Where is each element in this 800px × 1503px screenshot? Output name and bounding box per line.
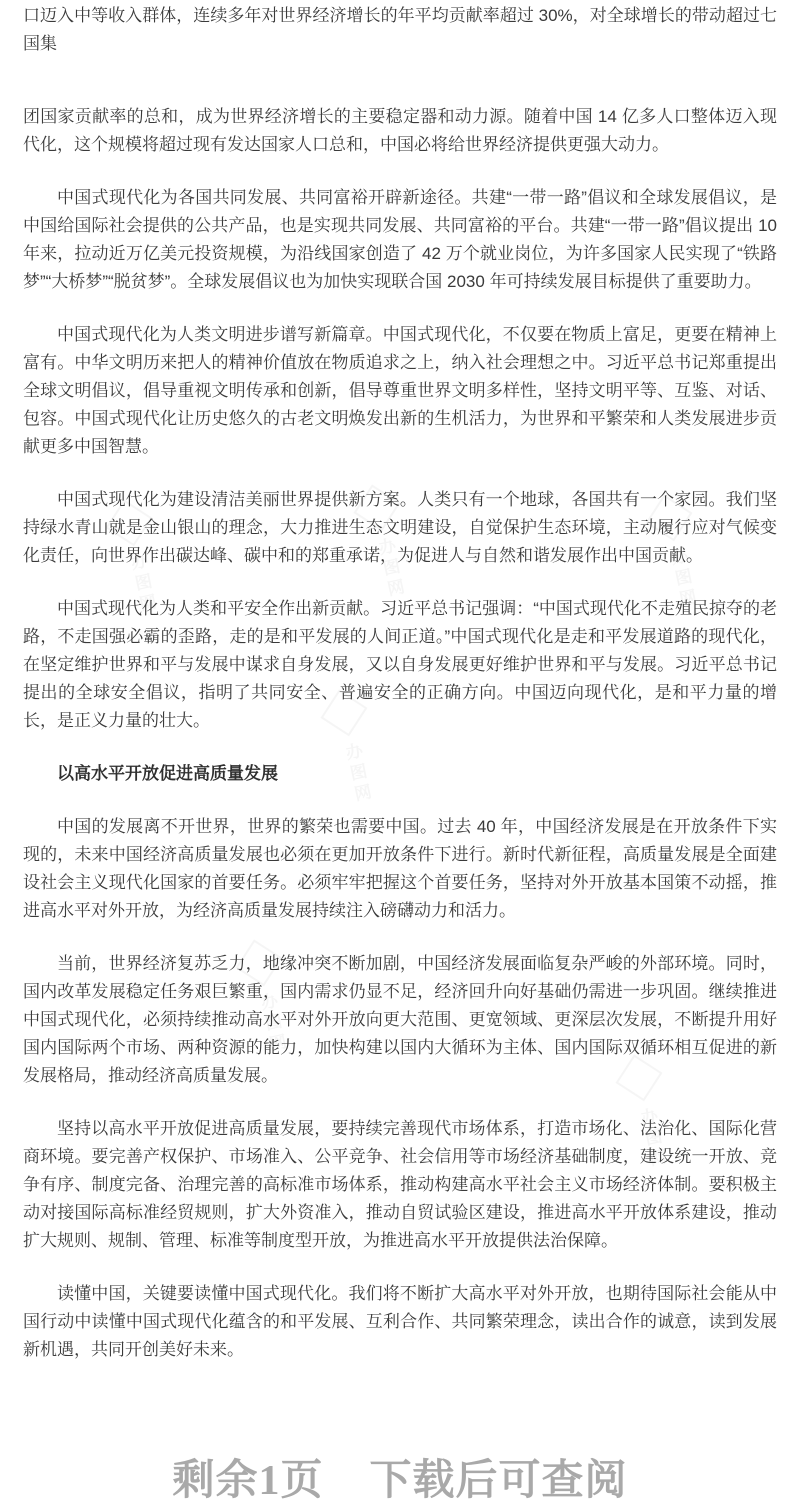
download-hint-label: 下载后可查阅: [370, 1456, 628, 1503]
section-heading: 以高水平开放促进高质量发展: [23, 760, 777, 788]
paragraph: 中国的发展离不开世界，世界的繁荣也需要中国。过去 40 年，中国经济发展是在开放…: [23, 813, 777, 925]
paragraph-continuation-line: 口迈入中等收入群体，连续多年对世界经济增长的年平均贡献率超过 30%，对全球增长…: [23, 2, 777, 58]
paragraph: 坚持以高水平开放促进高质量发展，要持续完善现代市场体系，打造市场化、法治化、国际…: [23, 1115, 777, 1255]
paragraph: 中国式现代化为建设清洁美丽世界提供新方案。人类只有一个地球，各国共有一个家园。我…: [23, 486, 777, 570]
paragraph: 中国式现代化为人类文明进步谱写新篇章。中国式现代化，不仅要在物质上富足，更要在精…: [23, 321, 777, 461]
document-body: 口迈入中等收入群体，连续多年对世界经济增长的年平均贡献率超过 30%，对全球增长…: [0, 0, 800, 1364]
paragraph: 中国式现代化为人类和平安全作出新贡献。习近平总书记强调：“中国式现代化不走殖民掠…: [23, 595, 777, 735]
remaining-pages-banner: 剩余1页 下载后可查阅: [0, 1456, 800, 1503]
document-preview-page: 办图网 办图网 办图网 办图网 办图网 办图网 口迈入中等收入群体，连续多年对世…: [0, 0, 800, 1503]
paragraph: 当前，世界经济复苏乏力，地缘冲突不断加剧，中国经济发展面临复杂严峻的外部环境。同…: [23, 950, 777, 1090]
paragraph: 读懂中国，关键要读懂中国式现代化。我们将不断扩大高水平对外开放，也期待国际社会能…: [23, 1280, 777, 1364]
paragraph: 中国式现代化为各国共同发展、共同富裕开辟新途径。共建“一带一路”倡议和全球发展倡…: [23, 184, 777, 296]
paragraph: 团国家贡献率的总和，成为世界经济增长的主要稳定器和动力源。随着中国 14 亿多人…: [23, 103, 777, 159]
remaining-pages-label: 剩余1页: [172, 1456, 323, 1503]
